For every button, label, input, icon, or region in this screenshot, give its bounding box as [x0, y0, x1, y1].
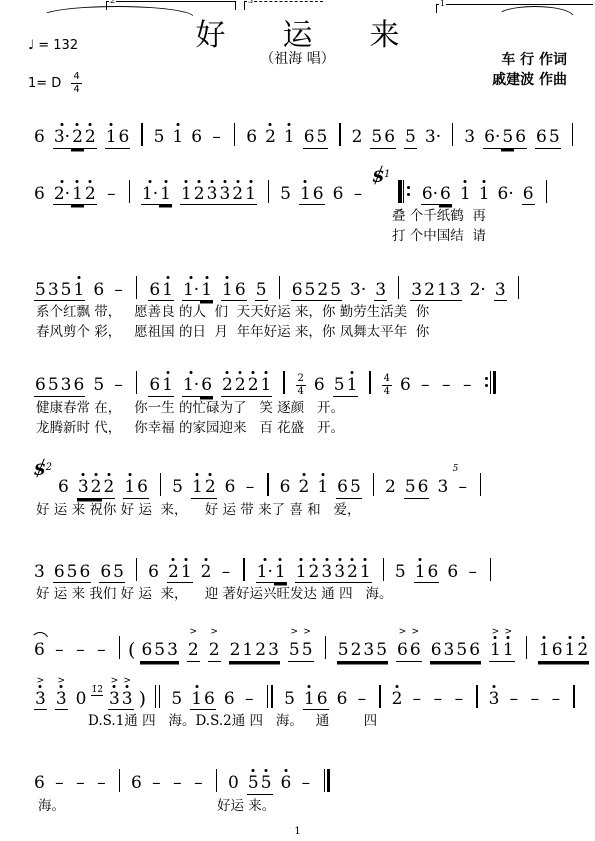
note: 3: [463, 128, 476, 148]
note: 6: [190, 128, 203, 148]
time-denominator: 4: [382, 386, 392, 397]
beamed-group: 6·6: [421, 184, 452, 206]
barline: [141, 123, 142, 146]
note: 1: [478, 185, 491, 205]
note: 6: [33, 128, 46, 148]
note: 6: [417, 478, 430, 499]
note: 1: [171, 128, 184, 148]
barline: [153, 685, 161, 708]
note: >2: [208, 641, 221, 662]
octave-dot: [185, 558, 188, 561]
beamed-group: 3213: [410, 280, 461, 302]
lyrics-line: 系个红飘 带， 愿善良 的人 们 天天好运 来，你 勤劳生活美 你: [36, 303, 595, 323]
note: 3: [166, 641, 179, 662]
duration-dash: –: [548, 689, 563, 709]
beamed-group: 16: [123, 477, 149, 499]
beamed-group: >6>6: [396, 640, 422, 662]
note: 2: [264, 128, 277, 148]
tempo-marking: ♩ = 132: [28, 38, 78, 53]
grace-notes: 1̇2̇: [91, 685, 102, 696]
music-system-1: 63·2216516–6216525653·36·5665: [0, 108, 595, 151]
note: 5: [170, 690, 183, 710]
note: 6: [551, 641, 564, 662]
beamed-group: >3: [34, 689, 47, 711]
note: 5: [153, 641, 166, 662]
barline: [216, 769, 217, 792]
beamed-group: 61: [148, 280, 174, 302]
note: 1: [200, 281, 213, 302]
note: 2: [229, 641, 242, 662]
barline: [476, 685, 477, 708]
note: 5: [404, 478, 417, 499]
note: 5: [247, 774, 260, 795]
note: 6: [136, 478, 149, 499]
lyrics-line: D.S.1通 四 海。D.S.2通 四 海。 通 四: [88, 712, 595, 732]
beamed-group: 16: [105, 127, 131, 149]
duration-dash: –: [418, 375, 433, 395]
octave-dot: [77, 276, 80, 279]
beamed-group: >3: [55, 689, 68, 711]
note: 3: [206, 185, 219, 206]
note: 3: [33, 563, 46, 583]
octave-dot: [269, 123, 272, 126]
dot: [485, 384, 488, 387]
note: 2: [316, 281, 329, 302]
beamed-group: 2221: [221, 375, 272, 397]
octave-dot: [581, 636, 584, 639]
duration-dash: –: [111, 375, 126, 395]
note: 6: [383, 128, 396, 149]
beamed-group: 6536: [34, 375, 85, 397]
note: >6: [396, 641, 409, 662]
note: 2: [308, 563, 321, 584]
key-prefix: 1= D: [28, 76, 61, 91]
note: 6: [313, 376, 326, 396]
beamed-group: 55: [247, 773, 273, 795]
barline: [136, 276, 137, 299]
duration-dash: –: [242, 477, 257, 497]
beamed-group: >1>1: [489, 640, 515, 662]
sheet-music-page: { "header": { "title": "好运来", "subtitle"…: [0, 0, 595, 841]
note: 1: [71, 185, 84, 206]
lyrics-line: 打 个中国结 请: [392, 227, 595, 247]
barline: [573, 685, 574, 708]
octave-dot: [483, 180, 486, 183]
note: 5: [47, 376, 60, 397]
note: 6: [316, 690, 329, 711]
accent-mark: >: [57, 677, 65, 686]
note: 3: [333, 563, 346, 584]
barline: [572, 123, 573, 146]
note: 1: [159, 185, 172, 206]
note: 1: [191, 478, 204, 499]
octave-dot: [364, 558, 367, 561]
music-system-9: 6–––6–––0556– 海。好运 来。: [0, 754, 595, 816]
note: >1: [489, 641, 502, 662]
note: 1: [538, 641, 551, 662]
note: 1: [316, 478, 329, 498]
duration-dash: –: [94, 773, 109, 793]
note: >3: [121, 690, 134, 711]
octave-dot: [252, 371, 255, 374]
octave-dot: [351, 558, 354, 561]
inline-time-signature: 44: [382, 374, 392, 397]
segno-number: 1: [384, 169, 390, 180]
note: 1: [123, 478, 136, 499]
duration-dash: –: [354, 689, 369, 709]
beamed-group: 5: [255, 280, 268, 302]
beamed-group: 65: [99, 562, 125, 584]
music-system-6: 3656656212–1·11233215166– 1 好 运 来 我们 好 运…: [0, 543, 595, 605]
note: 5: [333, 376, 346, 397]
note: 6: [140, 641, 153, 662]
note: 1: [105, 128, 118, 149]
beamed-group: 65: [535, 127, 561, 149]
beamed-group: 1·6: [182, 375, 213, 397]
octave-dot: [338, 558, 341, 561]
note: 2·: [469, 281, 487, 301]
note: 0: [75, 690, 88, 710]
note: 1: [190, 690, 203, 711]
note: 5: [260, 774, 273, 795]
note: 1: [564, 641, 577, 662]
note: 6: [130, 774, 143, 794]
duration-dash: –: [52, 773, 67, 793]
octave-dot: [395, 685, 398, 688]
note: 3: [77, 478, 90, 499]
barline: [379, 685, 380, 708]
music-system-3: 53516–611·116565253·332132·3系个红飘 带， 愿善良 …: [0, 261, 595, 343]
ending-number: 3: [247, 0, 254, 5]
dot: [485, 377, 488, 380]
octave-dot: [76, 180, 79, 183]
octave-dot: [60, 123, 63, 126]
note: 2: [221, 376, 234, 397]
barline: [267, 685, 268, 708]
note: 3·: [53, 128, 71, 149]
beamed-group: 1·1: [182, 280, 213, 302]
note: 5: [255, 281, 268, 302]
note: 6: [78, 563, 91, 584]
note: 2: [346, 563, 359, 584]
note: 6: [522, 185, 535, 206]
octave-dot: [325, 558, 328, 561]
note: 6: [224, 478, 237, 498]
beamed-group: 5235: [337, 640, 388, 662]
note: >5: [288, 641, 301, 662]
octave-dot: [198, 180, 201, 183]
barline: [327, 769, 330, 792]
note: 6·: [483, 128, 501, 149]
beamed-group: 3: [374, 280, 387, 302]
ending-number: 1: [439, 0, 446, 8]
octave-dot: [350, 371, 353, 374]
barline: [279, 276, 280, 299]
octave-dot: [304, 180, 307, 183]
note: >3: [34, 690, 47, 711]
music-system-5: S26322165126–6216525635–好 运 来 祝你 好 运 来， …: [0, 458, 595, 520]
barline: [383, 558, 384, 581]
duration-dash: –: [52, 640, 67, 660]
beamed-group: 322: [77, 477, 115, 499]
credits: 车 行 作词 戚建波 作曲: [492, 50, 567, 91]
octave-dot: [263, 558, 266, 561]
duration-dash: –: [111, 280, 126, 300]
note: 3: [362, 641, 375, 662]
octave-dot: [302, 473, 305, 476]
barline: [136, 558, 137, 581]
note: 2: [297, 478, 310, 498]
barline: [339, 123, 340, 146]
note: 6: [118, 128, 131, 149]
accent-mark: >: [492, 628, 500, 637]
note: 1·: [182, 281, 200, 302]
third-ending-bracket: 3: [244, 1, 323, 10]
note: 2: [90, 478, 103, 499]
note: 0: [227, 774, 240, 794]
note: 6: [336, 690, 349, 710]
beamed-group: >2: [187, 640, 200, 662]
duration-dash: –: [104, 184, 119, 204]
octave-dot: [166, 276, 169, 279]
note: 3: [374, 281, 387, 302]
barline: [268, 180, 269, 203]
note: 5: [112, 563, 125, 584]
note: 1: [161, 281, 174, 302]
barline: [136, 371, 137, 394]
note: 6: [399, 376, 412, 396]
note: 6: [72, 376, 85, 397]
octave-dot: [110, 123, 113, 126]
octave-dot: [195, 685, 198, 688]
octave-dot: [166, 371, 169, 374]
note: 2: [384, 478, 397, 498]
time-denominator: 4: [296, 386, 306, 397]
duration-dash: –: [455, 477, 470, 497]
note: 3·: [424, 128, 442, 148]
beamed-group: 6356: [430, 640, 481, 662]
note: 6: [312, 185, 325, 206]
accent-mark: >: [210, 628, 218, 637]
beamed-group: 2·12: [53, 184, 97, 206]
beamed-group: 65: [303, 127, 329, 149]
note: 2: [84, 185, 97, 206]
octave-dot: [249, 180, 252, 183]
note: 6: [430, 641, 443, 662]
time-numerator: 2: [296, 374, 306, 386]
octave-dot: [205, 558, 208, 561]
note: 5: [153, 128, 166, 148]
note: 6·: [497, 185, 515, 205]
note: 3: [443, 641, 456, 662]
barline: [119, 769, 120, 792]
beamed-group: 61: [148, 375, 174, 397]
note: 5: [92, 376, 105, 396]
duration-dash: –: [73, 773, 88, 793]
duration-dash: –: [170, 773, 185, 793]
note: 2: [576, 641, 589, 662]
lyrics-text: 好运 来。: [217, 798, 275, 814]
note: 6: [203, 690, 216, 711]
octave-dot: [185, 180, 188, 183]
beamed-group: 6525: [291, 280, 342, 302]
note: 6: [303, 128, 316, 149]
note: 6: [148, 376, 161, 397]
note: 2: [423, 281, 436, 302]
music-system-7: 6–––(653>2>22123>5>55235>6>66356>1>11612: [0, 621, 595, 664]
barline: [369, 371, 370, 394]
note: 5: [394, 563, 407, 583]
barline: [484, 371, 496, 394]
duration-dash: –: [242, 689, 257, 709]
accent-mark: >: [291, 628, 299, 637]
beamed-group: >3>3: [108, 689, 134, 711]
note: 1: [299, 185, 312, 206]
octave-dot: [82, 473, 85, 476]
barline: [490, 371, 491, 394]
duration-dash: –: [451, 689, 466, 709]
barline: [526, 636, 527, 659]
duration-dash: –: [149, 773, 164, 793]
note: 5: [404, 128, 417, 149]
key-signature: 1= D 4 4: [28, 72, 86, 95]
octave-dot: [265, 769, 268, 772]
beamed-group: 16: [299, 184, 325, 206]
duration-dash: –: [460, 375, 475, 395]
octave-dot: [568, 636, 571, 639]
note: 2: [84, 128, 97, 149]
octave-dot: [164, 180, 167, 183]
note: 6: [223, 690, 236, 710]
beamed-group: 123321: [180, 184, 257, 206]
note: 5: [370, 128, 383, 149]
note: 2: [231, 185, 244, 206]
beamed-group: 5: [404, 127, 417, 149]
note: 1: [459, 185, 472, 205]
note: 35: [436, 478, 449, 498]
lyrics-line: 龙腾新时 代， 你幸福 的家园迎来 百 花盛 开。: [36, 419, 595, 439]
accent-mark: >: [190, 628, 198, 637]
beamed-group: 1·1: [141, 184, 172, 206]
note: 6: [57, 478, 70, 498]
barline: [119, 636, 120, 659]
note: 1: [161, 376, 174, 397]
barline: [398, 180, 401, 203]
note: 6: [34, 376, 47, 397]
repeat-dots: [407, 182, 410, 200]
note: 1: [244, 185, 257, 206]
tie-slur: [31, 632, 49, 641]
barline: [324, 769, 325, 792]
note: 1: [260, 376, 273, 397]
barline: [518, 276, 519, 299]
note: 3: [267, 641, 280, 662]
octave-dot: [172, 558, 175, 561]
note: 6: [336, 478, 349, 499]
octave-dot: [128, 473, 131, 476]
beamed-group: 16: [190, 689, 216, 711]
note: 1: [283, 128, 296, 148]
music-system-8: >3>301̇2̇>3>3)5166–5166–2–––3––– 2 3 D.S…: [0, 670, 595, 732]
octave-dot: [284, 769, 287, 772]
accent-mark: >: [504, 628, 512, 637]
barline: [159, 685, 160, 708]
note: 2: [167, 563, 180, 584]
page-number: 1: [0, 826, 595, 837]
note: 5: [283, 690, 296, 710]
octave-dot: [223, 180, 226, 183]
notation-row: 6–––6–––0556–: [0, 754, 595, 797]
barline: [403, 180, 404, 203]
octave-dot: [312, 558, 315, 561]
beamed-group: 653: [140, 640, 178, 662]
composer-credit: 戚建波 作曲: [492, 70, 567, 90]
ending-number: 2: [109, 0, 116, 5]
time-numerator: 4: [382, 374, 392, 386]
beamed-group: >2: [208, 640, 221, 662]
note: 6: [33, 185, 46, 205]
beamed-group: 6: [522, 184, 535, 206]
inline-time-signature: 24: [296, 374, 306, 397]
note: 1: [295, 563, 308, 584]
duration-dash: –: [527, 689, 542, 709]
octave-dot: [211, 180, 214, 183]
beamed-group: 56: [404, 477, 430, 499]
note: 2: [71, 128, 84, 149]
duration-dash: –: [465, 562, 480, 582]
barline: [452, 123, 453, 146]
octave-dot: [95, 473, 98, 476]
beamed-group: 5351: [34, 280, 85, 302]
note: 3: [218, 185, 231, 206]
octave-dot: [89, 180, 92, 183]
octave-dot: [279, 558, 282, 561]
note: 1·: [256, 563, 274, 584]
barline: [234, 123, 235, 146]
beamed-group: 51: [333, 375, 359, 397]
barline: [398, 180, 410, 203]
note: 6: [99, 563, 112, 584]
note: 3: [494, 281, 507, 302]
beamed-group: 3: [494, 280, 507, 302]
note: 1: [180, 185, 193, 206]
octave-dot: [308, 685, 311, 688]
barline: [243, 558, 244, 581]
duration-dash: –: [209, 127, 224, 147]
music-system-2: 62·12–1·11233215166–S16·6116·6叠 个千纸鹤 再打 …: [0, 165, 595, 247]
barline: [267, 473, 268, 496]
note: 5: [501, 128, 514, 149]
note: 1: [414, 563, 427, 584]
note: 1: [180, 563, 193, 584]
note: 6: [147, 563, 160, 583]
octave-dot: [205, 276, 208, 279]
note: 5: [337, 641, 350, 662]
note: 6: [33, 641, 46, 661]
note: 5: [329, 281, 342, 302]
note: 2: [234, 376, 247, 397]
beamed-group: >5>5: [288, 640, 314, 662]
beamed-group: 2123: [229, 640, 280, 662]
barline: [129, 180, 130, 203]
octave-dot: [190, 371, 193, 374]
note: 3: [320, 563, 333, 584]
octave-dot: [321, 473, 324, 476]
note: 6: [148, 281, 161, 302]
note: 1: [346, 376, 359, 397]
beamed-group: 12: [191, 477, 217, 499]
note: 5: [34, 281, 47, 302]
